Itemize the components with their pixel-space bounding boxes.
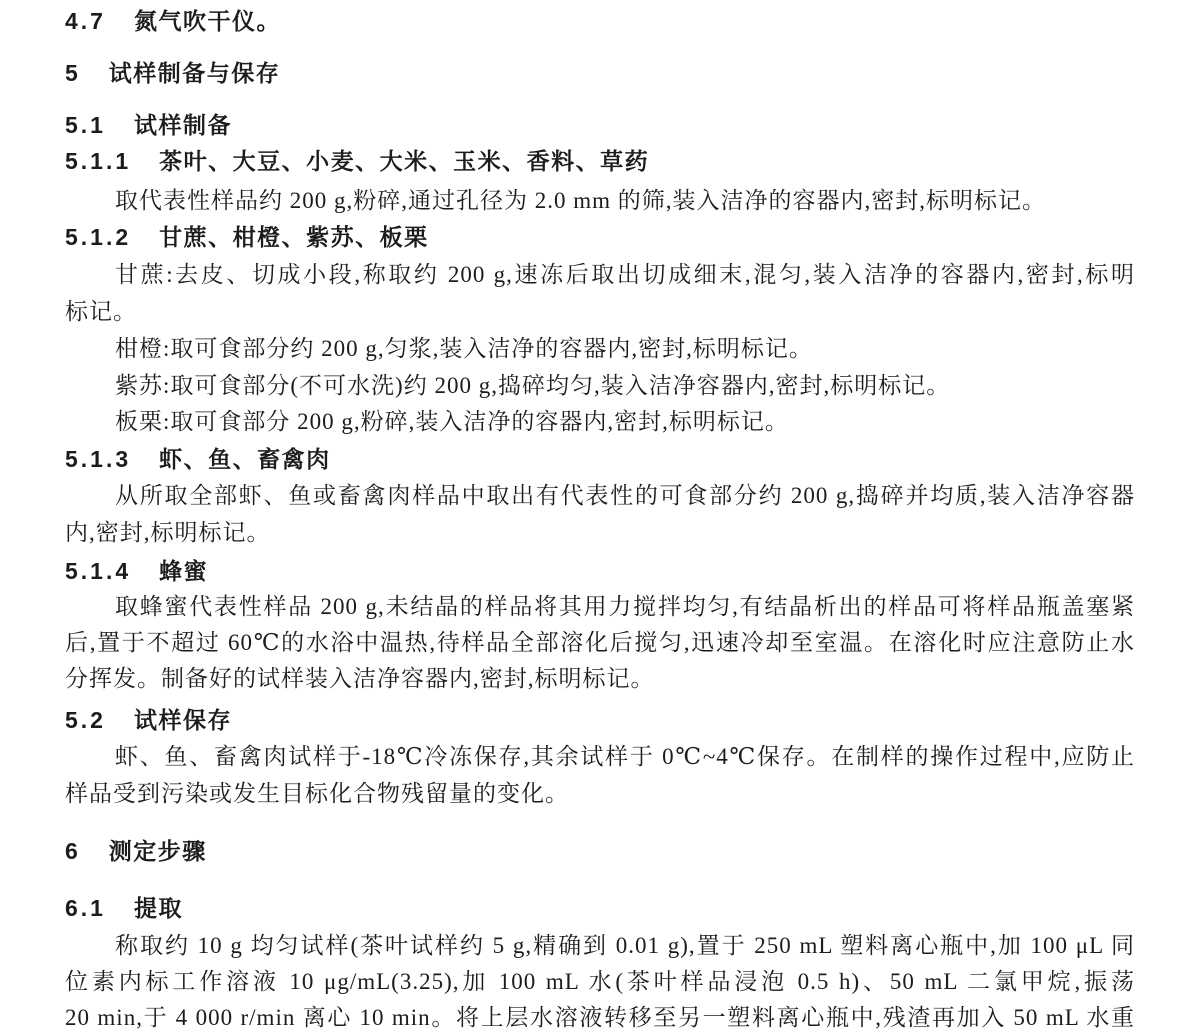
- para-5-1-3-line-1: 从所取全部虾、鱼或畜禽肉样品中取出有代表性的可食部分约 200 g,捣碎并均质,…: [115, 483, 1135, 509]
- para-6-1-line-2: 位素内标工作溶液 10 μg/mL(3.25),加 100 mL 水(茶叶样品浸…: [65, 969, 1135, 995]
- para-5-2-line-2: 样品受到污染或发生目标化合物残留量的变化。: [65, 781, 1135, 807]
- para-sugarcane-line-1: 甘蔗:去皮、切成小段,称取约 200 g,速冻后取出切成细末,混匀,装入洁净的容…: [115, 262, 1135, 288]
- clause-number: 6.1: [65, 895, 106, 921]
- clause-number: 5.1.2: [65, 224, 131, 250]
- clause-5-1-heading: 5.1试样制备: [65, 112, 1135, 138]
- clause-number: 5: [65, 60, 81, 86]
- clause-5-1-2-heading: 5.1.2甘蔗、柑橙、紫苏、板栗: [65, 224, 1135, 250]
- para-perilla-line: 紫苏:取可食部分(不可水洗)约 200 g,捣碎均匀,装入洁净容器内,密封,标明…: [115, 373, 1135, 399]
- clause-title: 提取: [134, 895, 183, 921]
- section-6-heading: 6测定步骤: [65, 838, 1135, 864]
- para-honey-line-1: 取蜂蜜代表性样品 200 g,未结晶的样品将其用力搅拌均匀,有结晶析出的样品可将…: [115, 594, 1135, 620]
- para-5-1-3-line-2: 内,密封,标明标记。: [65, 520, 1135, 546]
- clause-number: 4.7: [65, 8, 106, 34]
- clause-4-7-heading: 4.7氮气吹干仪。: [65, 8, 1135, 34]
- clause-5-1-3-heading: 5.1.3虾、鱼、畜禽肉: [65, 446, 1135, 472]
- clause-5-1-4-heading: 5.1.4蜂蜜: [65, 558, 1135, 584]
- clause-title: 蜂蜜: [159, 558, 208, 584]
- clause-number: 5.2: [65, 707, 106, 733]
- para-sugarcane-line-2: 标记。: [65, 299, 1135, 325]
- clause-title: 氮气吹干仪。: [134, 8, 281, 34]
- para-chestnut-line: 板栗:取可食部分 200 g,粉碎,装入洁净的容器内,密封,标明标记。: [115, 409, 1135, 435]
- para-5-2-line-1: 虾、鱼、畜禽肉试样于-18℃冷冻保存,其余试样于 0℃~4℃保存。在制样的操作过…: [115, 744, 1135, 770]
- clause-title: 测定步骤: [109, 838, 207, 864]
- clause-number: 5.1.1: [65, 148, 131, 174]
- clause-number: 5.1.4: [65, 558, 131, 584]
- para-5-1-1-line: 取代表性样品约 200 g,粉碎,通过孔径为 2.0 mm 的筛,装入洁净的容器…: [115, 188, 1135, 214]
- para-6-1-line-1: 称取约 10 g 均匀试样(茶叶试样约 5 g,精确到 0.01 g),置于 2…: [115, 933, 1135, 959]
- clause-5-2-heading: 5.2试样保存: [65, 707, 1135, 733]
- section-5-heading: 5试样制备与保存: [65, 60, 1135, 86]
- clause-number: 5.1.3: [65, 446, 131, 472]
- para-honey-line-3: 分挥发。制备好的试样装入洁净容器内,密封,标明标记。: [65, 666, 1135, 692]
- para-6-1-line-3: 20 min,于 4 000 r/min 离心 10 min。将上层水溶液转移至…: [65, 1005, 1135, 1031]
- clause-title: 茶叶、大豆、小麦、大米、玉米、香料、草药: [159, 148, 649, 174]
- clause-title: 试样保存: [134, 707, 232, 733]
- clause-title: 试样制备: [134, 112, 232, 138]
- clause-title: 甘蔗、柑橙、紫苏、板栗: [159, 224, 429, 250]
- clause-title: 试样制备与保存: [109, 60, 281, 86]
- clause-number: 5.1: [65, 112, 106, 138]
- para-citrus-line: 柑橙:取可食部分约 200 g,匀浆,装入洁净的容器内,密封,标明标记。: [115, 336, 1135, 362]
- clause-6-1-heading: 6.1提取: [65, 895, 1135, 921]
- clause-number: 6: [65, 838, 81, 864]
- clause-5-1-1-heading: 5.1.1茶叶、大豆、小麦、大米、玉米、香料、草药: [65, 148, 1135, 174]
- clause-title: 虾、鱼、畜禽肉: [159, 446, 331, 472]
- document-page: 4.7氮气吹干仪。 5试样制备与保存 5.1试样制备 5.1.1茶叶、大豆、小麦…: [0, 0, 1200, 1036]
- para-honey-line-2: 后,置于不超过 60℃的水浴中温热,待样品全部溶化后搅匀,迅速冷却至室温。在溶化…: [65, 630, 1135, 656]
